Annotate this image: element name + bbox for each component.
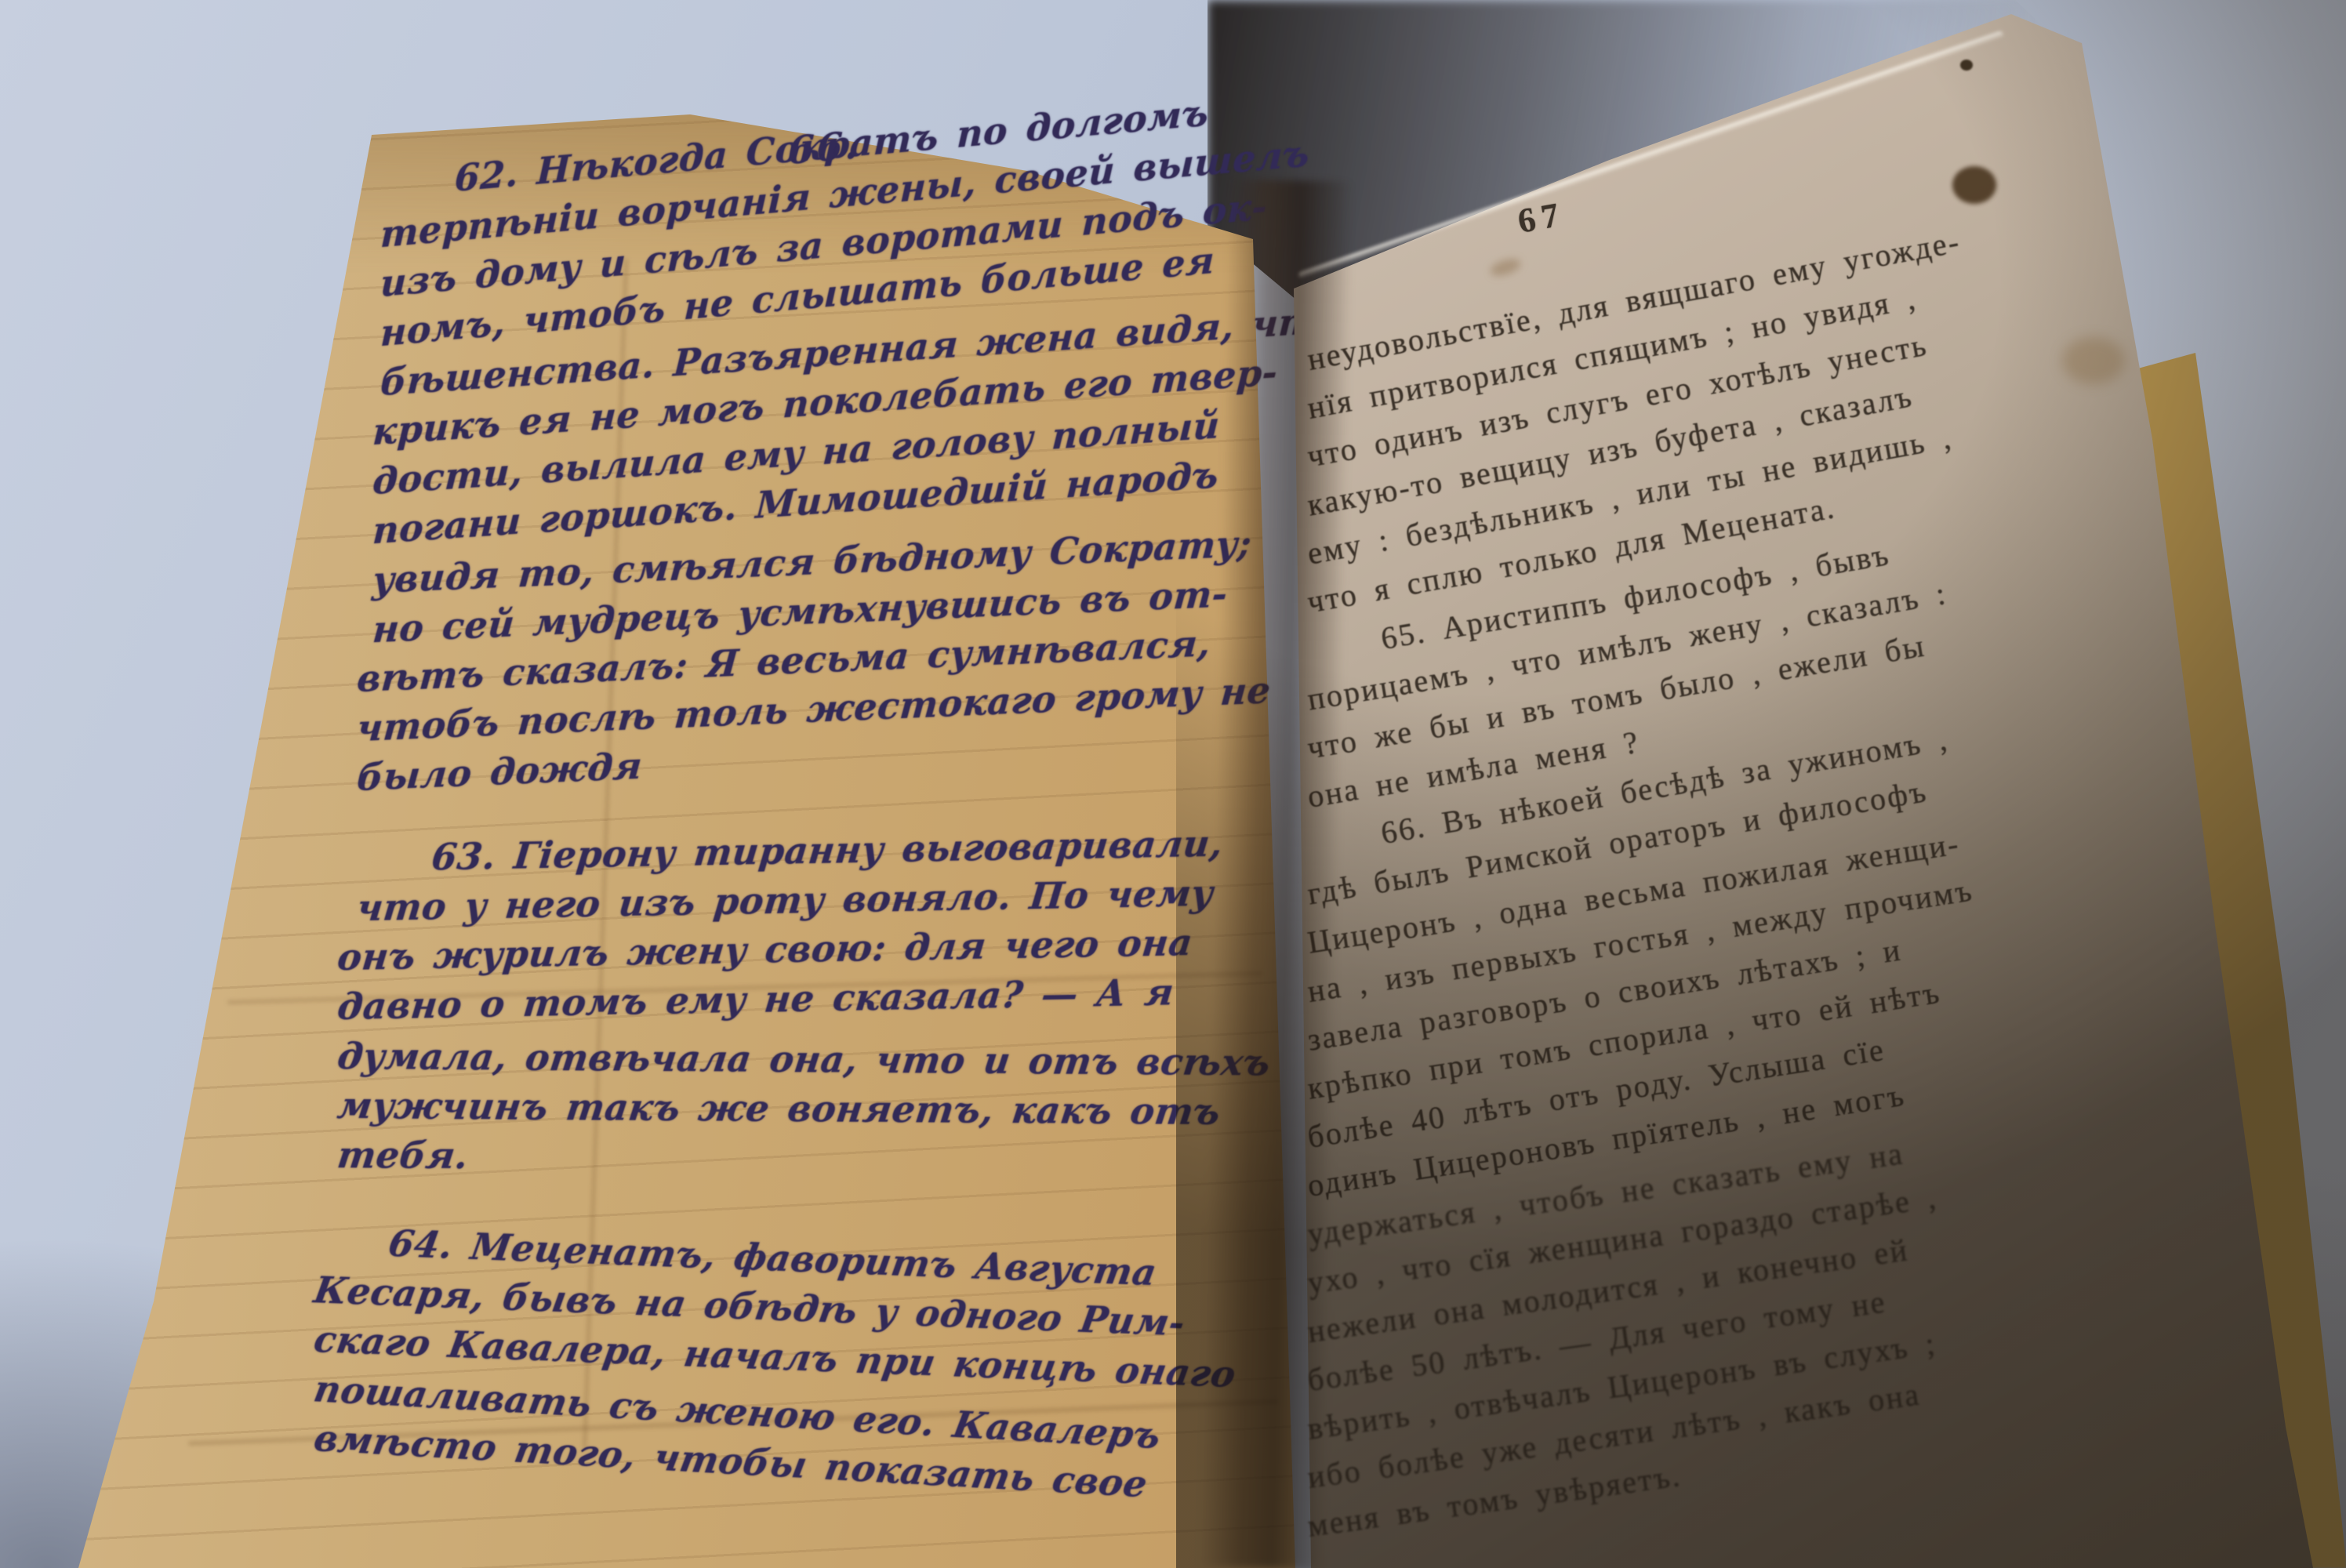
right-page-number: 67 — [1516, 197, 1568, 239]
right-page-text: неудовольствїе, для вящшаго ему угожде- … — [1308, 336, 2327, 1551]
handwritten-line: думала, отвѣчала она, что и отъ всѣхъ — [335, 1032, 1341, 1088]
photo-of-open-book: 66. 62. Нѣкогда Сократъ по долгомъ терпѣ… — [0, 0, 2346, 1568]
handwritten-line: мужчинъ такъ же воняетъ, какъ отъ — [335, 1081, 1341, 1138]
foxing-stain — [1488, 256, 1523, 278]
foxing-stain — [1960, 60, 1973, 71]
foxing-stain — [1952, 166, 1996, 204]
handwritten-line: тебя. — [335, 1131, 1341, 1187]
left-page-text: 62. Нѣкогда Сократъ по долгомъ терпѣніи … — [357, 161, 1337, 1463]
